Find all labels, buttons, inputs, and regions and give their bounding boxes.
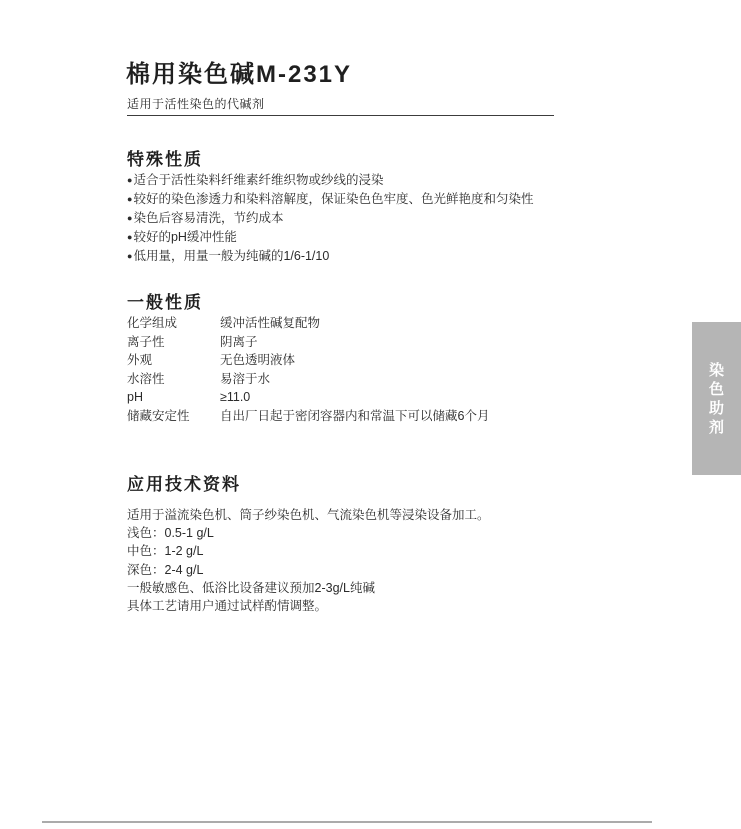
property-value: ≥11.0 xyxy=(220,388,250,407)
table-row: 外观 无色透明液体 xyxy=(127,351,489,370)
bullet-icon: ● xyxy=(127,175,132,185)
section-heading-application: 应用技术资料 xyxy=(127,470,241,495)
property-value: 阴离子 xyxy=(220,333,258,352)
table-row: 储藏安定性 自出厂日起于密闭容器内和常温下可以储藏6个月 xyxy=(127,407,489,426)
title-divider xyxy=(127,115,554,116)
property-label: 化学组成 xyxy=(127,314,220,333)
application-line: 中色：1-2 g/L xyxy=(127,542,490,560)
table-row: 离子性 阴离子 xyxy=(127,333,489,352)
property-label: pH xyxy=(127,388,220,407)
property-label: 离子性 xyxy=(127,333,220,352)
category-bleed-tab: 染色助剂 xyxy=(692,322,741,475)
general-properties-table: 化学组成 缓冲活性碱复配物 离子性 阴离子 外观 无色透明液体 水溶性 易溶于水… xyxy=(127,314,489,425)
list-item: ●低用量，用量一般为纯碱的1/6-1/10 xyxy=(127,247,533,266)
application-line: 适用于溢流染色机、筒子纱染色机、气流染色机等浸染设备加工。 xyxy=(127,506,490,524)
page-title: 棉用染色碱M-231Y xyxy=(126,54,352,89)
property-label: 储藏安定性 xyxy=(127,407,220,426)
bullet-icon: ● xyxy=(127,251,132,261)
application-line: 深色：2-4 g/L xyxy=(127,561,490,579)
bullet-icon: ● xyxy=(127,194,132,204)
list-item-text: 较好的pH缓冲性能 xyxy=(133,230,236,244)
list-item: ●较好的染色渗透力和染料溶解度，保证染色色牢度、色光鲜艳度和匀染性 xyxy=(127,190,533,209)
list-item: ●适合于活性染料纤维素纤维织物或纱线的浸染 xyxy=(127,171,533,190)
application-text-block: 适用于溢流染色机、筒子纱染色机、气流染色机等浸染设备加工。 浅色：0.5-1 g… xyxy=(127,506,490,615)
property-value: 易溶于水 xyxy=(220,370,270,389)
table-row: 水溶性 易溶于水 xyxy=(127,370,489,389)
property-value: 缓冲活性碱复配物 xyxy=(220,314,320,333)
application-line: 浅色：0.5-1 g/L xyxy=(127,524,490,542)
page-subtitle: 适用于活性染色的代碱剂 xyxy=(127,95,265,112)
list-item: ●染色后容易清洗，节约成本 xyxy=(127,209,533,228)
property-value: 无色透明液体 xyxy=(220,351,295,370)
application-line: 具体工艺请用户通过试样酌情调整。 xyxy=(127,597,490,615)
property-label: 水溶性 xyxy=(127,370,220,389)
category-tab-label: 染色助剂 xyxy=(708,361,725,437)
list-item: ●较好的pH缓冲性能 xyxy=(127,228,533,247)
datasheet-page: 棉用染色碱M-231Y 适用于活性染色的代碱剂 特殊性质 ●适合于活性染料纤维素… xyxy=(0,0,741,829)
list-item-text: 低用量，用量一般为纯碱的1/6-1/10 xyxy=(133,249,329,263)
property-label: 外观 xyxy=(127,351,220,370)
special-properties-list: ●适合于活性染料纤维素纤维织物或纱线的浸染 ●较好的染色渗透力和染料溶解度，保证… xyxy=(127,171,533,266)
property-value: 自出厂日起于密闭容器内和常温下可以储藏6个月 xyxy=(220,407,489,426)
list-item-text: 适合于活性染料纤维素纤维织物或纱线的浸染 xyxy=(133,173,383,187)
table-row: pH ≥11.0 xyxy=(127,388,489,407)
bullet-icon: ● xyxy=(127,213,132,223)
application-line: 一般敏感色、低浴比设备建议预加2-3g/L纯碱 xyxy=(127,579,490,597)
list-item-text: 染色后容易清洗，节约成本 xyxy=(133,211,283,225)
bullet-icon: ● xyxy=(127,232,132,242)
section-heading-general-properties: 一般性质 xyxy=(127,288,203,313)
table-row: 化学组成 缓冲活性碱复配物 xyxy=(127,314,489,333)
section-heading-special-properties: 特殊性质 xyxy=(127,145,203,170)
page-bottom-divider xyxy=(42,821,652,823)
list-item-text: 较好的染色渗透力和染料溶解度，保证染色色牢度、色光鲜艳度和匀染性 xyxy=(133,192,533,206)
